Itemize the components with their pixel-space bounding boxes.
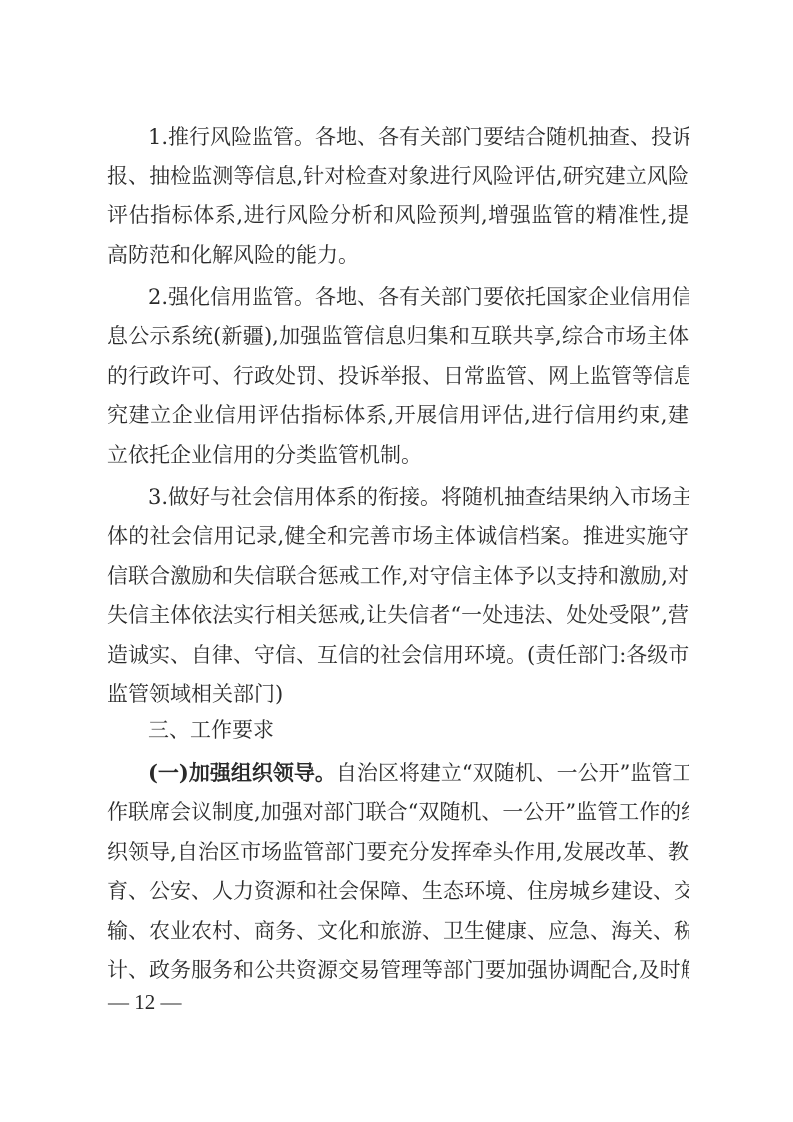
paragraph-3-line-1: 3.做好与社会信用体系的衔接。将随机抽查结果纳入市场主 (148, 483, 689, 511)
paragraph-4-line-5: 输、农业农村、商务、文化和旅游、卫生健康、应急、海关、税务、统 (107, 917, 689, 945)
paragraph-4-line-6: 计、政务服务和公共资源交易管理等部门要加强协调配合,及时解 (107, 956, 689, 984)
paragraph-4-lead: (一)加强组织领导。 (148, 760, 336, 785)
paragraph-4-line-1-text: 自治区将建立“双随机、一公开”监管工 (336, 761, 689, 785)
paragraph-1-line-3: 评估指标体系,进行风险分析和风险预判,增强监管的精准性,提 (107, 201, 689, 229)
paragraph-1-line-2: 报、抽检监测等信息,针对检查对象进行风险评估,研究建立风险 (107, 162, 689, 190)
paragraph-4-line-2: 作联席会议制度,加强对部门联合“双随机、一公开”监管工作的组 (107, 798, 689, 826)
paragraph-3-line-5: 造诚实、自律、守信、互信的社会信用环境。(责任部门:各级市场 (107, 641, 689, 669)
paragraph-3-line-2: 体的社会信用记录,健全和完善市场主体诚信档案。推进实施守 (107, 522, 689, 550)
paragraph-4-line-3: 织领导,自治区市场监管部门要充分发挥牵头作用,发展改革、教 (107, 838, 689, 866)
paragraph-2-line-2: 息公示系统(新疆),加强监管信息归集和互联共享,综合市场主体 (107, 322, 689, 350)
paragraph-3-line-6: 监管领域相关部门) (107, 680, 689, 708)
paragraph-2-line-1: 2.强化信用监管。各地、各有关部门要依托国家企业信用信 (148, 283, 689, 311)
document-page: 1.推行风险监管。各地、各有关部门要结合随机抽查、投诉举 报、抽检监测等信息,针… (0, 0, 793, 1122)
paragraph-4-line-1: (一)加强组织领导。自治区将建立“双随机、一公开”监管工 (148, 759, 689, 787)
section-heading: 三、工作要求 (148, 716, 689, 744)
paragraph-2-line-3: 的行政许可、行政处罚、投诉举报、日常监管、网上监管等信息,研 (107, 362, 689, 390)
paragraph-2-line-4: 究建立企业信用评估指标体系,开展信用评估,进行信用约束,建 (107, 401, 689, 429)
page-number: — 12 — (108, 988, 182, 1016)
paragraph-3-line-4: 失信主体依法实行相关惩戒,让失信者“一处违法、处处受限”,营 (107, 601, 689, 629)
paragraph-3-line-3: 信联合激励和失信联合惩戒工作,对守信主体予以支持和激励,对 (107, 562, 689, 590)
paragraph-2-line-5: 立依托企业信用的分类监管机制。 (107, 441, 689, 469)
paragraph-1-line-1: 1.推行风险监管。各地、各有关部门要结合随机抽查、投诉举 (148, 123, 689, 151)
paragraph-4-line-4: 育、公安、人力资源和社会保障、生态环境、住房城乡建设、交通运 (107, 877, 689, 905)
paragraph-1-line-4: 高防范和化解风险的能力。 (107, 241, 689, 269)
